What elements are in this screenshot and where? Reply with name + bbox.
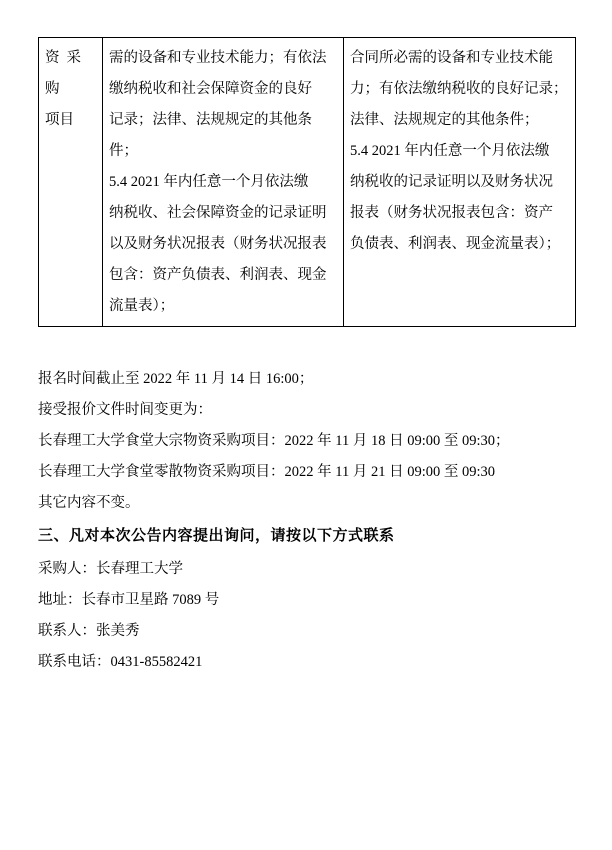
document-page: 资采购 项目 需的设备和专业技术能力；有依法 缴纳税收和社会保障资金的良好 记录… <box>0 0 612 850</box>
registration-deadline-line: 报名时间截止至 2022 年 11 月 14 日 16:00； <box>38 364 575 395</box>
contact-section-heading: 三、凡对本次公告内容提出询问，请按以下方式联系 <box>38 519 575 551</box>
bulk-project-time-line: 长春理工大学食堂大宗物资采购项目：2022 年 11 月 18 日 09:00 … <box>38 426 575 457</box>
scattered-project-requirements-cell: 合同所必需的设备和专业技术能 力；有依法缴纳税收的良好记录； 法律、法规规定的其… <box>344 38 576 327</box>
phone-line: 联系电话：0431-85582421 <box>38 647 575 678</box>
purchaser-line: 采购人：长春理工大学 <box>38 554 575 585</box>
qualification-requirements-table: 资采购 项目 需的设备和专业技术能力；有依法 缴纳税收和社会保障资金的良好 记录… <box>38 37 576 327</box>
quote-time-change-intro-line: 接受报价文件时间变更为： <box>38 395 575 426</box>
other-content-unchanged-line: 其它内容不变。 <box>38 488 575 519</box>
contact-info-block: 采购人：长春理工大学 地址：长春市卫星路 7089 号 联系人：张美秀 联系电话… <box>38 554 575 678</box>
contact-person-line: 联系人：张美秀 <box>38 616 575 647</box>
scattered-project-time-line: 长春理工大学食堂零散物资采购项目：2022 年 11 月 21 日 09:00 … <box>38 457 575 488</box>
bulk-project-requirements-cell: 需的设备和专业技术能力；有依法 缴纳税收和社会保障资金的良好 记录；法律、法规规… <box>103 38 344 327</box>
table-row: 资采购 项目 需的设备和专业技术能力；有依法 缴纳税收和社会保障资金的良好 记录… <box>39 38 576 327</box>
announcement-paragraphs: 报名时间截止至 2022 年 11 月 14 日 16:00； 接受报价文件时间… <box>38 364 575 519</box>
table-row-header-cell: 资采购 项目 <box>39 38 103 327</box>
address-line: 地址：长春市卫星路 7089 号 <box>38 585 575 616</box>
